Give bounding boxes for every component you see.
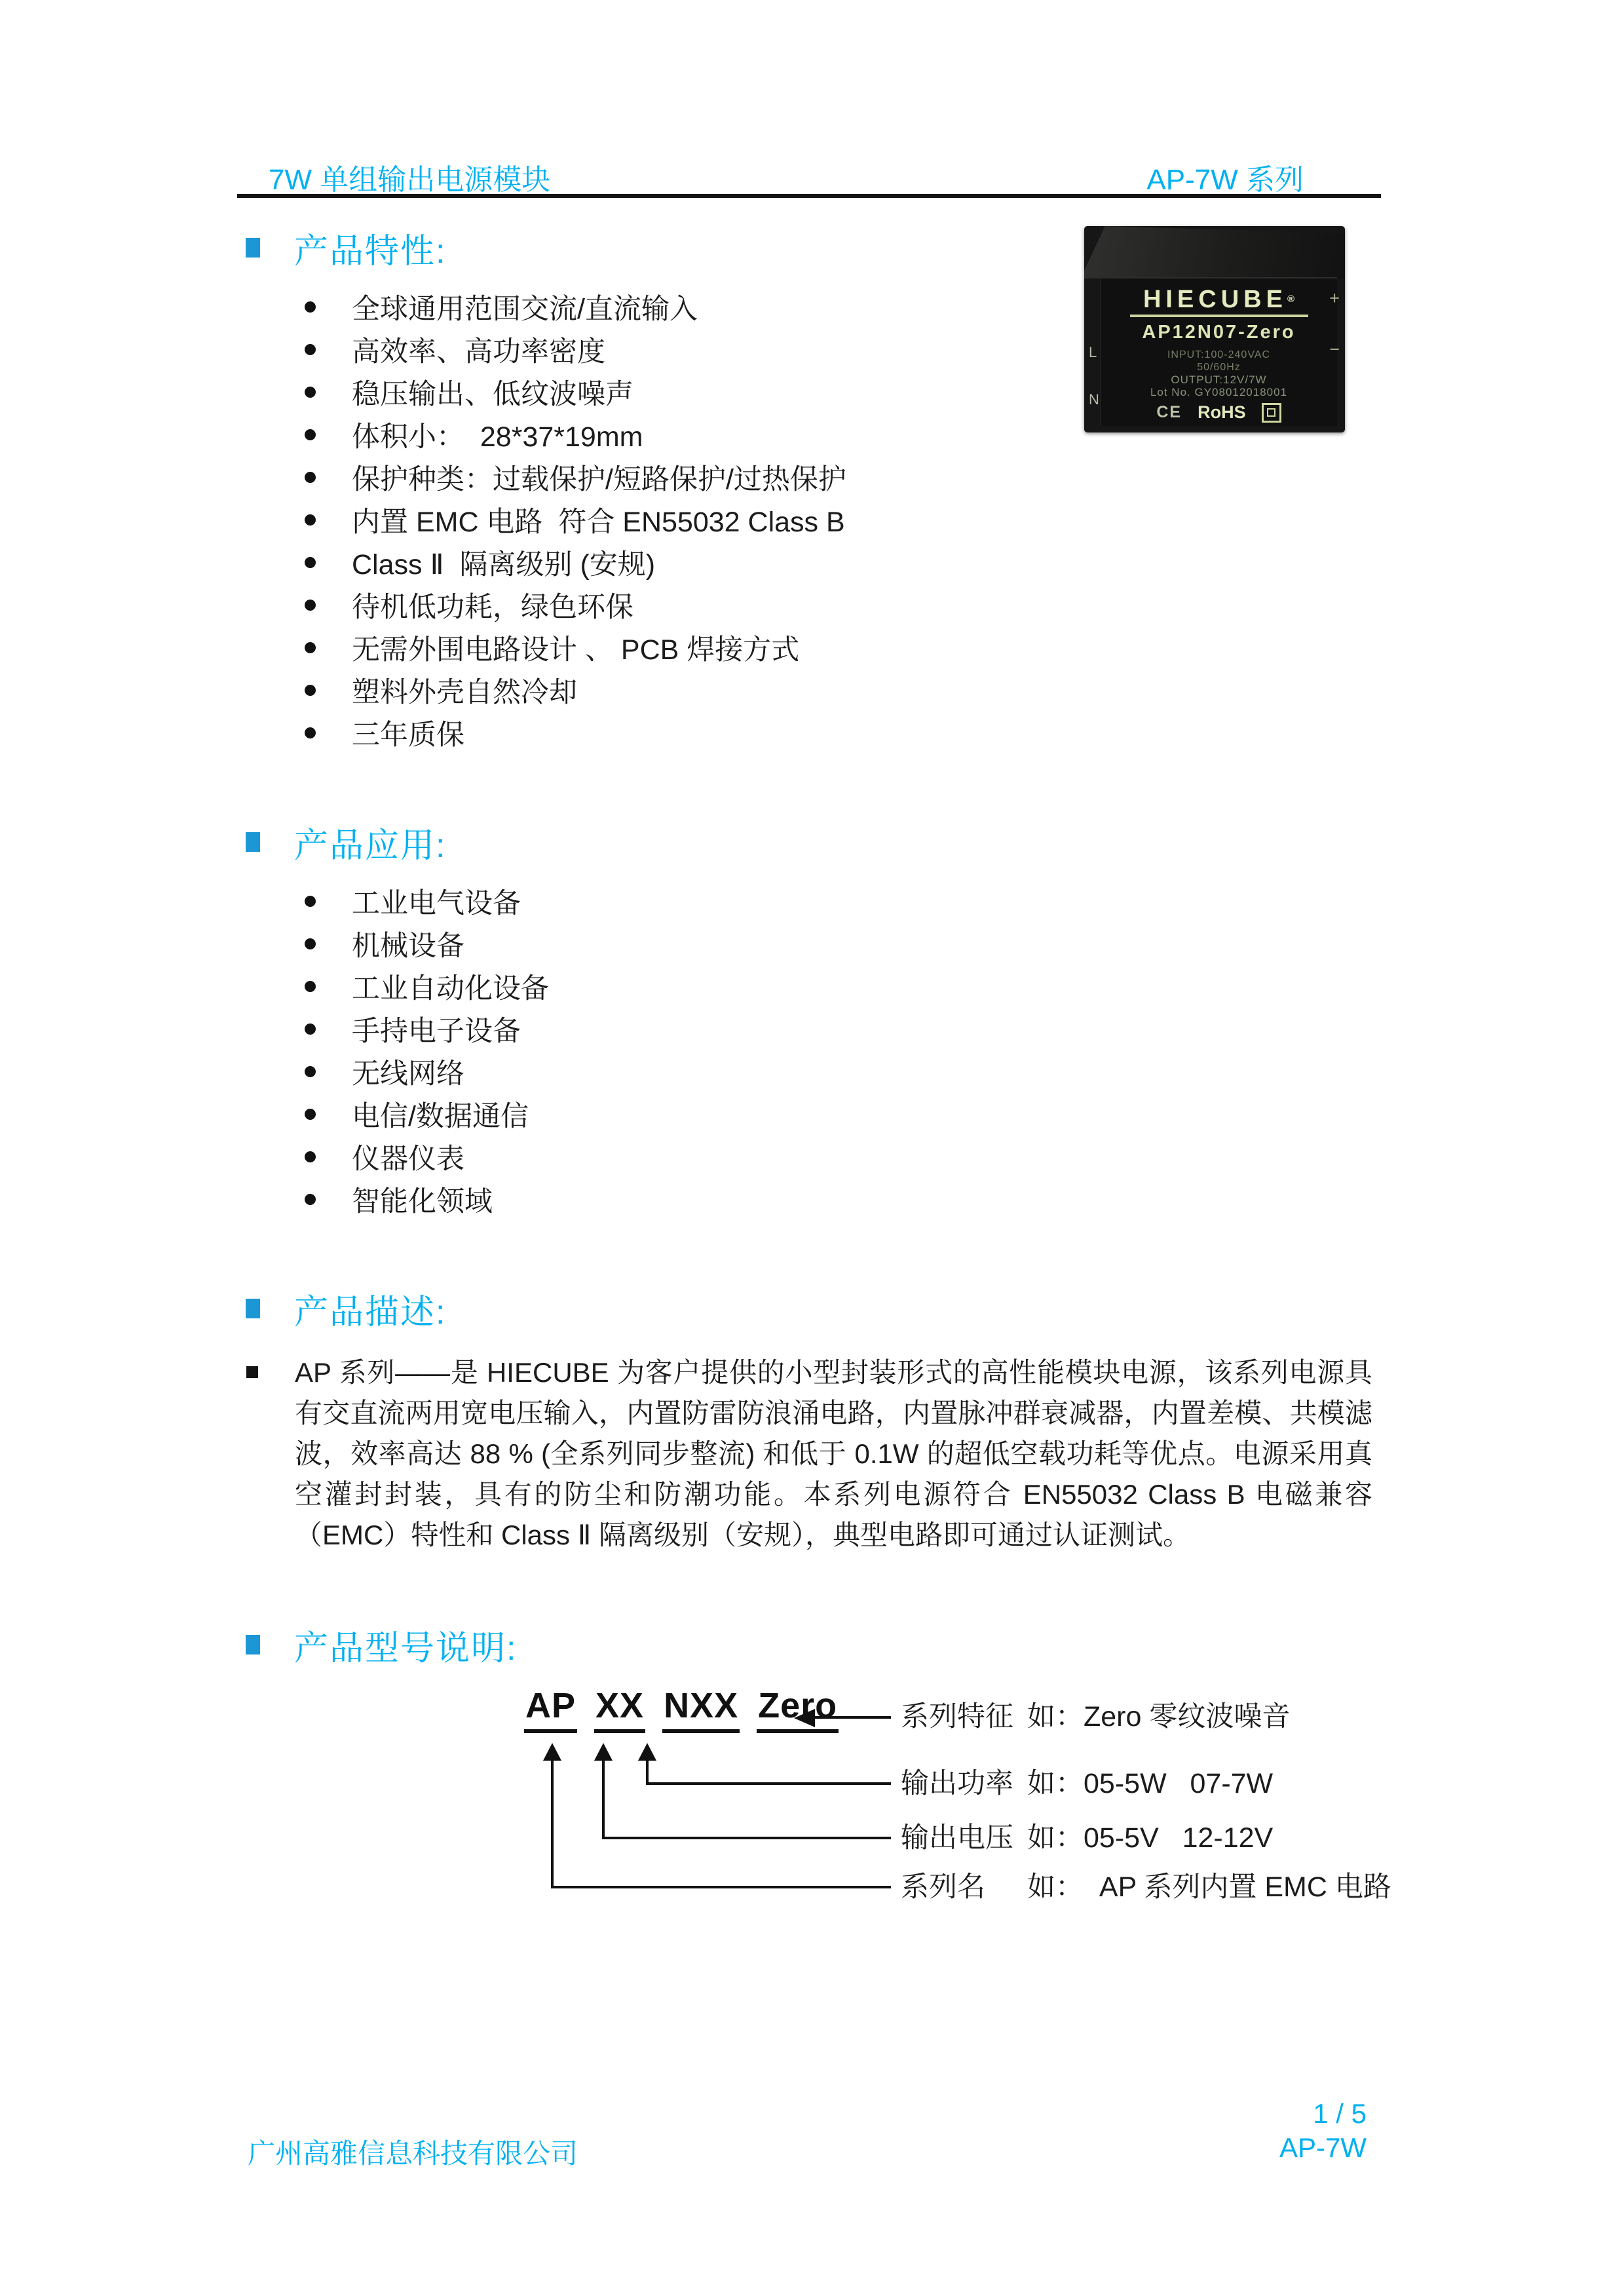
section-heading-applications: 产品应用: [246,822,446,862]
diagram-row-example: 如：Zero 零纹波噪音 [1027,1697,1290,1736]
brand-underline-bar [1130,315,1308,317]
list-item-text: 高效率、高功率密度 [352,330,605,370]
applications-list: 工业电气设备 机械设备 工业自动化设备 手持电子设备 无线网络 [0,880,1114,1221]
module-freq-line: 50/60Hz [1150,361,1287,373]
list-item-text: 机械设备 [352,924,464,964]
list-item-text: 智能化领域 [352,1179,493,1219]
list-item: 保护种类：过载保护/短路保护/过热保护 [0,456,1114,499]
bullet-icon [305,896,316,907]
bullet-icon [305,727,316,738]
section-title: 产品型号说明: [294,1620,517,1670]
list-item-text: 塑料外壳自然冷却 [352,670,577,710]
list-item: 无线网络 [0,1050,1114,1093]
connector-stem [551,1760,554,1888]
page-number: 1 / 5 [1313,2098,1367,2130]
model-code-token-voltage: XX [594,1685,645,1733]
module-model-number: AP12N07-Zero [1142,322,1295,343]
pin-label-l: L [1089,344,1097,361]
connector-line [551,1886,891,1888]
bullet-icon [305,981,316,992]
list-item-text: 三年质保 [352,713,464,753]
pin-label-plus: + [1329,288,1340,309]
list-item-text: 工业电气设备 [352,881,521,921]
bullet-icon [305,429,316,440]
module-brand: HIECUBE® [1143,286,1294,313]
model-code-token-power: NXX [662,1685,740,1733]
pin-label-n: N [1089,391,1099,408]
module-top-face [1084,226,1345,278]
section-title: 产品应用: [294,818,446,867]
section-square-icon [246,1635,260,1655]
bullet-icon [305,685,316,696]
description-paragraph: AP 系列——是 HIECUBE 为客户提供的小型封装形式的高性能模块电源，该系… [295,1352,1372,1556]
header-left-title: 7W 单组输出电源模块 [269,156,550,198]
connector-line [814,1716,891,1719]
list-item-text: 内置 EMC 电路 符合 EN55032 Class B [352,500,845,540]
diagram-row-example: 如： AP 系列内置 EMC 电路 [1027,1867,1391,1907]
rohs-mark: RoHS [1198,402,1246,423]
list-item: 内置 EMC 电路 符合 EN55032 Class B [0,499,1114,541]
module-input-line: INPUT:100-240VAC [1150,349,1287,361]
diagram-row-label: 系列特征 [901,1697,1013,1736]
bullet-icon [305,557,316,568]
bullet-icon [305,387,316,398]
diagram-row-label: 系列名 [901,1867,985,1907]
diagram-row-label: 输出电压 [901,1818,1013,1858]
list-item: 工业电气设备 [0,880,1114,923]
bullet-icon [305,1024,316,1035]
ce-mark-icon: CE [1156,403,1182,422]
connector-line [602,1837,891,1839]
bullet-icon [305,1109,316,1120]
list-item-text: 工业自动化设备 [352,966,549,1006]
list-item: 高效率、高功率密度 [0,328,1114,371]
list-item-text: 全球通用范围交流/直流输入 [352,287,698,327]
section-heading-description: 产品描述: [246,1289,446,1328]
description-bullet-square [246,1366,258,1378]
list-item: 三年质保 [0,712,1114,754]
list-item-text: 稳压输出、低纹波噪声 [352,372,633,412]
bullet-icon [305,1151,316,1162]
arrow-up-icon [543,1743,561,1761]
pin-label-minus: − [1329,339,1340,360]
list-item: 电信/数据通信 [0,1093,1114,1136]
list-item-text: 体积小： 28*37*19mm [352,415,643,455]
cert-box-icon [1262,403,1281,423]
bullet-icon [305,472,316,483]
list-item: 稳压输出、低纹波噪声 [0,371,1114,413]
bullet-icon [305,514,316,526]
list-item: 体积小： 28*37*19mm [0,413,1114,456]
section-heading-features: 产品特性: [246,228,446,267]
footer-company: 广州高雅信息科技有限公司 [248,2132,578,2172]
registered-mark: ® [1287,294,1294,305]
bullet-icon [305,1194,316,1205]
module-cert-row: CE RoHS [1156,402,1281,423]
list-item: 无需外围电路设计 、 PCB 焊接方式 [0,626,1114,669]
list-item: 智能化领域 [0,1178,1114,1221]
list-item: 仪器仪表 [0,1136,1114,1178]
product-photo: HIECUBE® AP12N07-Zero INPUT:100-240VAC 5… [1084,226,1345,432]
list-item-text: 无线网络 [352,1052,464,1092]
bullet-icon [305,301,316,313]
list-item-text: 无需外围电路设计 、 PCB 焊接方式 [352,628,799,668]
list-item-text: Class Ⅱ 隔离级别 (安规) [352,543,655,583]
diagram-row-label: 输出功率 [901,1764,1013,1803]
arrow-left-icon [794,1709,815,1727]
bullet-icon [305,1066,316,1077]
list-item: 机械设备 [0,923,1114,965]
module-spec-lines: INPUT:100-240VAC 50/60Hz OUTPUT:12V/7W L… [1150,349,1287,398]
list-item: 全球通用范围交流/直流输入 [0,286,1114,328]
bullet-icon [305,938,316,949]
bullet-icon [305,344,316,355]
section-heading-model: 产品型号说明: [246,1625,517,1664]
header-right-title: AP-7W 系列 [1146,156,1304,198]
module-output-line: OUTPUT:12V/7W [1150,373,1287,386]
list-item: 塑料外壳自然冷却 [0,669,1114,712]
header-rule [237,194,1381,198]
arrow-up-icon [638,1743,656,1761]
list-item: Class Ⅱ 隔离级别 (安规) [0,541,1114,584]
list-item: 手持电子设备 [0,1008,1114,1050]
diagram-row-example: 如：05-5W 07-7W [1027,1764,1273,1803]
bullet-icon [305,600,316,611]
list-item: 工业自动化设备 [0,965,1114,1008]
list-item-text: 手持电子设备 [352,1009,521,1049]
section-title: 产品特性: [294,223,446,273]
connector-line [646,1782,891,1785]
module-lot-line: Lot No. GY08012018001 [1150,386,1287,398]
footer-series: AP-7W [1279,2132,1367,2164]
bullet-icon [305,642,316,653]
diagram-row-example: 如：05-5V 12-12V [1027,1818,1273,1858]
list-item-text: 仪器仪表 [352,1137,464,1177]
list-item-text: 待机低功耗，绿色环保 [352,585,633,625]
features-list: 全球通用范围交流/直流输入 高效率、高功率密度 稳压输出、低纹波噪声 体积小： … [0,286,1114,754]
model-code-token-series: AP [524,1685,577,1733]
list-item: 待机低功耗，绿色环保 [0,584,1114,626]
connector-stem [602,1760,605,1839]
section-square-icon [246,238,260,258]
list-item-text: 保护种类：过载保护/短路保护/过热保护 [352,457,846,497]
section-square-icon [246,832,260,852]
connector-stem [646,1760,649,1785]
datasheet-page: 7W 单组输出电源模块 AP-7W 系列 产品特性: 全球通用范围交流/直流输入… [0,0,1624,2296]
brand-text: HIECUBE [1143,286,1287,313]
list-item-text: 电信/数据通信 [352,1094,529,1134]
module-front-face: HIECUBE® AP12N07-Zero INPUT:100-240VAC 5… [1100,277,1337,426]
section-title: 产品描述: [294,1284,446,1333]
section-square-icon [246,1299,260,1318]
arrow-up-icon [594,1743,613,1761]
